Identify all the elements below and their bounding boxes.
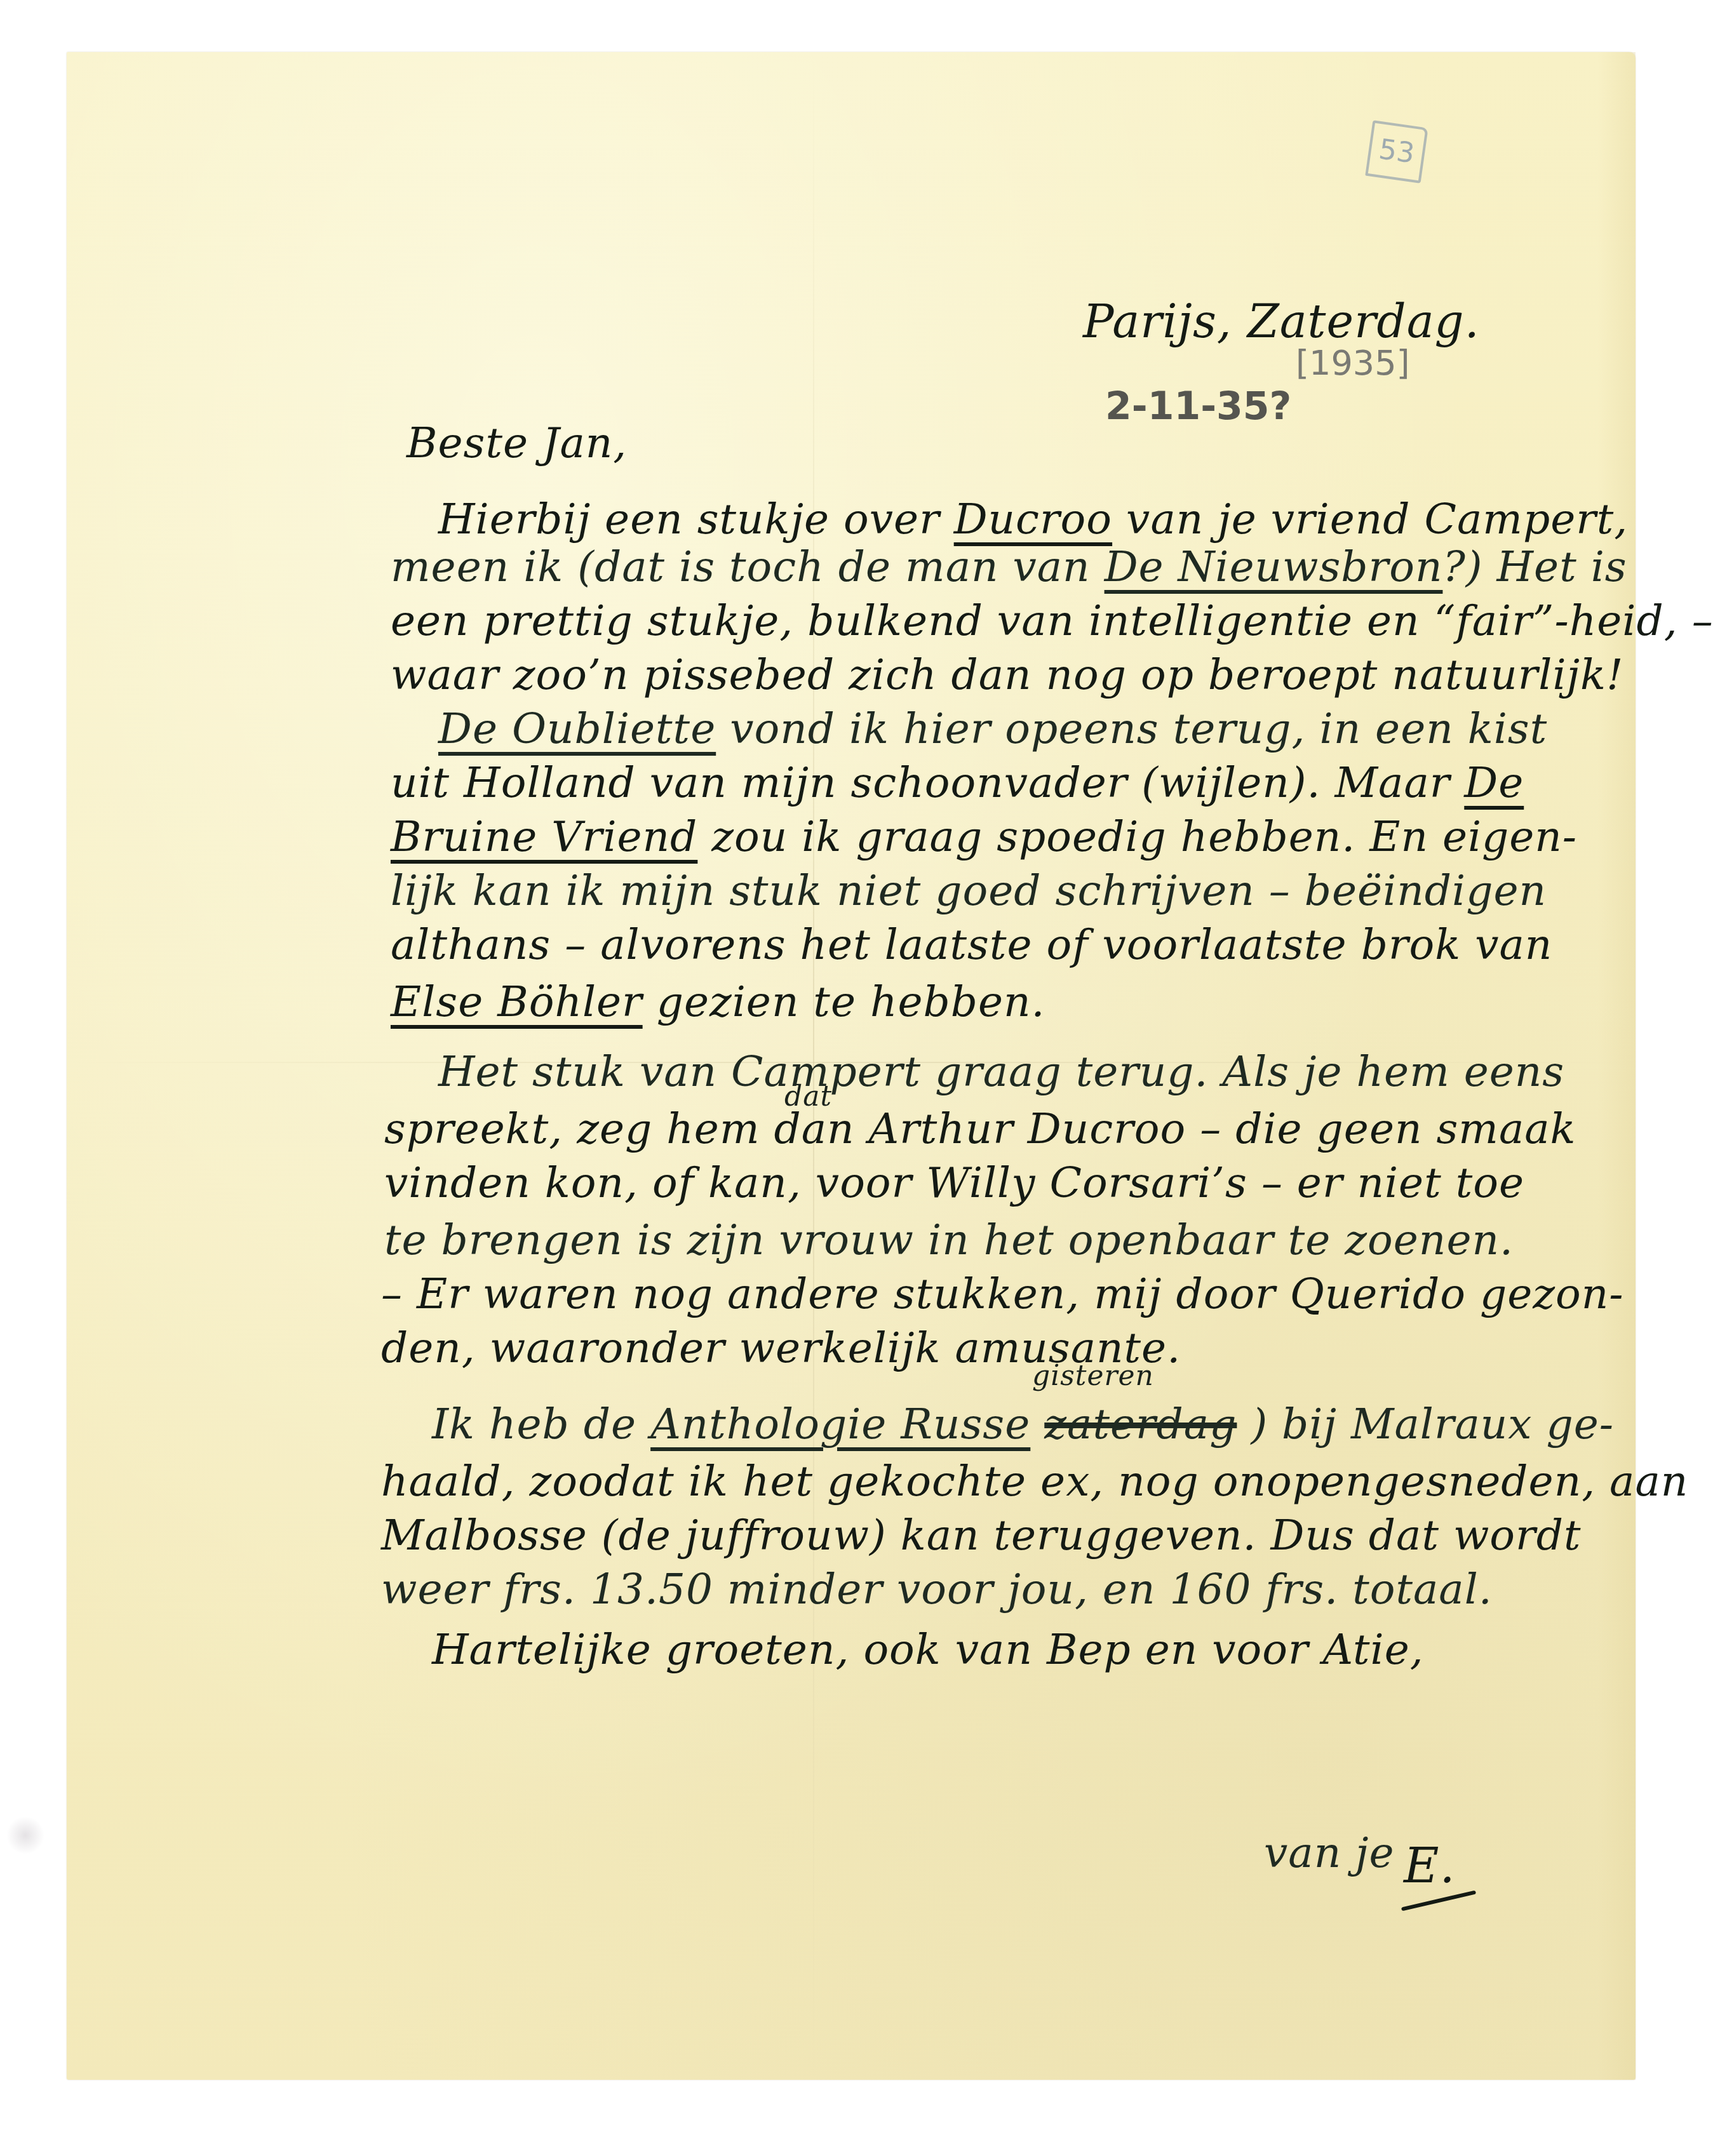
archive-stamp: 53 [1365, 120, 1428, 183]
paper-edge-shading [1597, 52, 1636, 2080]
line-text: Het stuk van Campert graag terug. Als je… [438, 1047, 1564, 1096]
margin-smudge [6, 1816, 44, 1854]
letter-line: Else Böhler gezien te hebben. [391, 981, 1045, 1023]
line-text: waar zoo’n pissebed zich dan nog op bero… [391, 650, 1624, 699]
line-text: Hartelijke groeten, ook van Bep en voor … [432, 1625, 1424, 1674]
letter-line: een prettig stukje, bulkend van intellig… [391, 600, 1714, 642]
letter-line: – Er waren nog andere stukken, mij door … [381, 1273, 1624, 1315]
underlined-title: De Oubliette [438, 704, 716, 753]
line-text: weer frs. 13.50 minder voor jou, en 160 … [381, 1565, 1493, 1614]
line-text: althans – alvorens het laatste of voorla… [391, 920, 1552, 969]
line-text: ?) Het is [1442, 542, 1627, 591]
signature: E. [1404, 1842, 1456, 1890]
letter-line: uit Holland van mijn schoonvader (wijlen… [391, 762, 1524, 804]
interlinear-insertion: dat [784, 1083, 832, 1111]
pencil-date: 2-11-35? [1105, 384, 1291, 429]
letter-line: meen ik (dat is toch de man van De Nieuw… [391, 546, 1627, 588]
line-text: ) bij Malraux ge- [1237, 1400, 1614, 1449]
place-date: Parijs, Zaterdag. [1083, 298, 1480, 344]
underlined-title: Bruine Vriend [391, 812, 697, 861]
line-text: een prettig stukje, bulkend van intellig… [391, 596, 1714, 645]
line-text: Ik heb de [432, 1400, 650, 1449]
underlined-title: Ducroo [954, 495, 1112, 544]
struck-out-word: zaterdag [1044, 1400, 1237, 1449]
line-text: haald, zoodat ik het gekochte ex, nog on… [381, 1457, 1688, 1506]
line-text: gezien te hebben. [643, 977, 1045, 1026]
letter-line: spreekt, zeg hem dan Arthur Ducroo – die… [384, 1108, 1576, 1150]
line-text: meen ik (dat is toch de man van [391, 542, 1105, 591]
letter-line: Ik heb de Anthologie Russe zaterdag ) bi… [432, 1403, 1614, 1445]
salutation: Beste Jan, [406, 422, 627, 464]
interlinear-insertion: gisteren [1032, 1362, 1154, 1390]
underlined-title: De Nieuwsbron [1105, 542, 1443, 591]
line-text: te brengen is zijn vrouw in het openbaar… [384, 1215, 1514, 1264]
letter-line: althans – alvorens het laatste of voorla… [391, 924, 1552, 966]
line-text: Hierbij een stukje over [438, 495, 954, 544]
line-text [1030, 1400, 1044, 1449]
line-text: vinden kon, of kan, voor Willy Corsari’s… [384, 1158, 1524, 1207]
letter-line: De Oubliette vond ik hier opeens terug, … [438, 708, 1547, 750]
line-text: Malbosse (de juffrouw) kan teruggeven. D… [381, 1511, 1581, 1560]
line-text: lijk kan ik mijn stuk niet goed schrijve… [391, 866, 1547, 915]
pencil-year-bracket: [1935] [1296, 343, 1410, 383]
letter-line: Malbosse (de juffrouw) kan teruggeven. D… [381, 1515, 1581, 1557]
line-text: vond ik hier opeens terug, in een kist [716, 704, 1547, 753]
letter-line: vinden kon, of kan, voor Willy Corsari’s… [384, 1162, 1524, 1204]
letter-line: waar zoo’n pissebed zich dan nog op bero… [391, 654, 1624, 696]
letter-line: Bruine Vriend zou ik graag spoedig hebbe… [391, 816, 1577, 858]
letter-line: Hartelijke groeten, ook van Bep en voor … [432, 1629, 1424, 1671]
letter-line: te brengen is zijn vrouw in het openbaar… [384, 1219, 1514, 1261]
closing-from: van je [1264, 1832, 1395, 1874]
line-text: van je vriend Campert, [1112, 495, 1628, 544]
letter-line: weer frs. 13.50 minder voor jou, en 160 … [381, 1569, 1493, 1610]
line-text: uit Holland van mijn schoonvader (wijlen… [391, 758, 1464, 807]
underlined-title: Else Böhler [391, 977, 643, 1026]
line-text: spreekt, zeg hem dan Arthur Ducroo – die… [384, 1104, 1576, 1153]
letter-line: haald, zoodat ik het gekochte ex, nog on… [381, 1461, 1688, 1503]
underlined-title: De [1464, 758, 1524, 807]
line-text: – Er waren nog andere stukken, mij door … [381, 1269, 1624, 1318]
letter-line: Het stuk van Campert graag terug. Als je… [438, 1051, 1564, 1093]
letter-line: lijk kan ik mijn stuk niet goed schrijve… [391, 870, 1547, 912]
letter-line: Hierbij een stukje over Ducroo van je vr… [438, 499, 1628, 540]
underlined-title: Anthologie Russe [650, 1400, 1030, 1449]
line-text: zou ik graag spoedig hebben. En eigen- [697, 812, 1577, 861]
